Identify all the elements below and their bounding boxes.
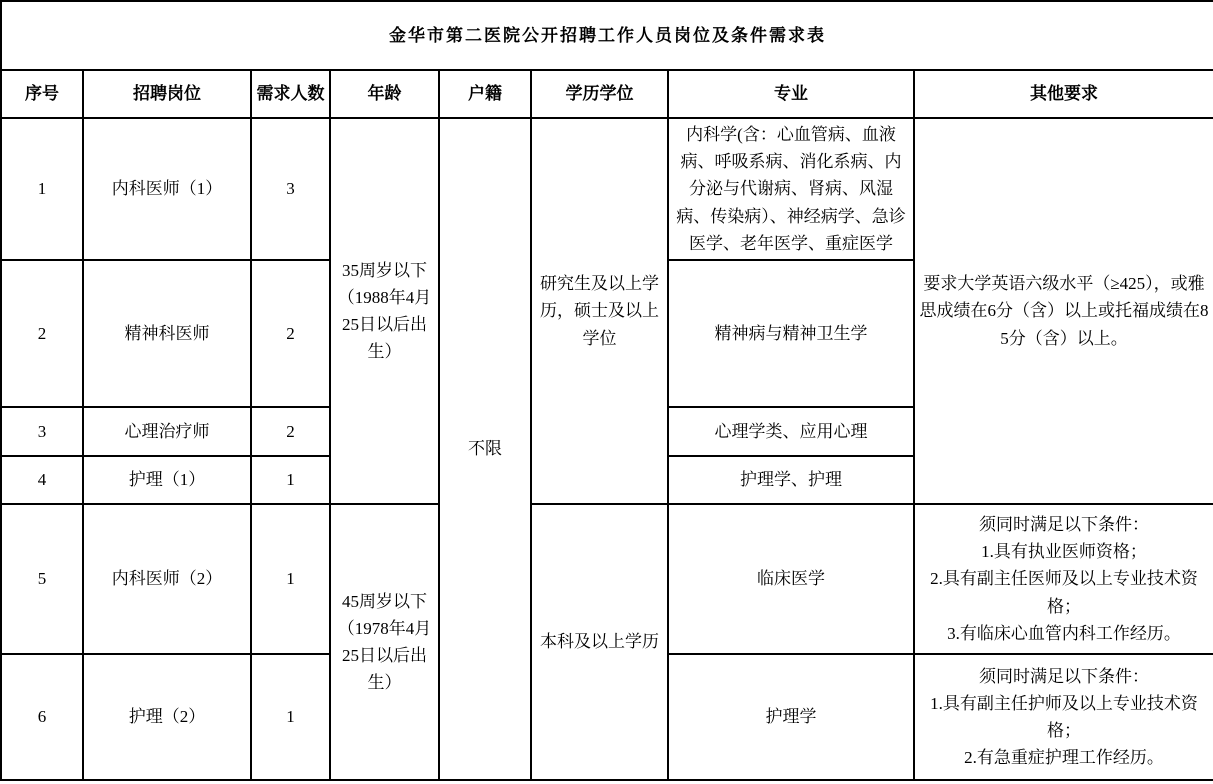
cell-position-6: 护理（2） xyxy=(83,654,251,780)
cell-position-2: 精神科医师 xyxy=(83,260,251,407)
recruitment-table: 金华市第二医院公开招聘工作人员岗位及条件需求表 序号 招聘岗位 需求人数 年龄 … xyxy=(0,0,1213,781)
col-header-position: 招聘岗位 xyxy=(83,70,251,118)
col-header-age: 年龄 xyxy=(330,70,439,118)
cell-other-6: 须同时满足以下条件： 1.具有副主任护师及以上专业技术资格； 2.有急重症护理工… xyxy=(914,654,1213,780)
cell-count-4: 1 xyxy=(251,456,330,504)
cell-age-rows-1-4: 35周岁以下（1988年4月25日以后出生） xyxy=(330,118,439,504)
cell-education-rows-1-4: 研究生及以上学历，硕士及以上学位 xyxy=(531,118,668,504)
col-header-other: 其他要求 xyxy=(914,70,1213,118)
cell-count-6: 1 xyxy=(251,654,330,780)
title-row: 金华市第二医院公开招聘工作人员岗位及条件需求表 xyxy=(1,1,1213,70)
cell-position-5: 内科医师（2） xyxy=(83,504,251,654)
cell-position-4: 护理（1） xyxy=(83,456,251,504)
cell-index-6: 6 xyxy=(1,654,83,780)
cell-index-4: 4 xyxy=(1,456,83,504)
col-header-index: 序号 xyxy=(1,70,83,118)
cell-major-1: 内科学(含：心血管病、血液病、呼吸系病、消化系病、内分泌与代谢病、肾病、风湿病、… xyxy=(668,118,914,260)
col-header-residence: 户籍 xyxy=(439,70,531,118)
header-row: 序号 招聘岗位 需求人数 年龄 户籍 学历学位 专业 其他要求 xyxy=(1,70,1213,118)
cell-major-4: 护理学、护理 xyxy=(668,456,914,504)
cell-major-3: 心理学类、应用心理 xyxy=(668,407,914,456)
cell-count-1: 3 xyxy=(251,118,330,260)
cell-index-2: 2 xyxy=(1,260,83,407)
cell-residence-all: 不限 xyxy=(439,118,531,780)
recruitment-table-sheet: 金华市第二医院公开招聘工作人员岗位及条件需求表 序号 招聘岗位 需求人数 年龄 … xyxy=(0,0,1213,784)
cell-position-3: 心理治疗师 xyxy=(83,407,251,456)
col-header-count: 需求人数 xyxy=(251,70,330,118)
cell-other-5: 须同时满足以下条件： 1.具有执业医师资格； 2.具有副主任医师及以上专业技术资… xyxy=(914,504,1213,654)
cell-major-6: 护理学 xyxy=(668,654,914,780)
cell-index-5: 5 xyxy=(1,504,83,654)
cell-age-rows-5-6: 45周岁以下（1978年4月25日以后出生） xyxy=(330,504,439,780)
cell-index-3: 3 xyxy=(1,407,83,456)
page-title: 金华市第二医院公开招聘工作人员岗位及条件需求表 xyxy=(1,1,1213,70)
col-header-major: 专业 xyxy=(668,70,914,118)
cell-count-2: 2 xyxy=(251,260,330,407)
cell-position-1: 内科医师（1） xyxy=(83,118,251,260)
cell-count-3: 2 xyxy=(251,407,330,456)
cell-major-5: 临床医学 xyxy=(668,504,914,654)
col-header-education: 学历学位 xyxy=(531,70,668,118)
cell-education-rows-5-6: 本科及以上学历 xyxy=(531,504,668,780)
cell-index-1: 1 xyxy=(1,118,83,260)
cell-other-rows-1-4: 要求大学英语六级水平（≥425），或雅思成绩在6分（含）以上或托福成绩在85分（… xyxy=(914,118,1213,504)
table-row: 1 内科医师（1） 3 35周岁以下（1988年4月25日以后出生） 不限 研究… xyxy=(1,118,1213,260)
cell-count-5: 1 xyxy=(251,504,330,654)
table-row: 5 内科医师（2） 1 45周岁以下（1978年4月25日以后出生） 本科及以上… xyxy=(1,504,1213,654)
cell-major-2: 精神病与精神卫生学 xyxy=(668,260,914,407)
